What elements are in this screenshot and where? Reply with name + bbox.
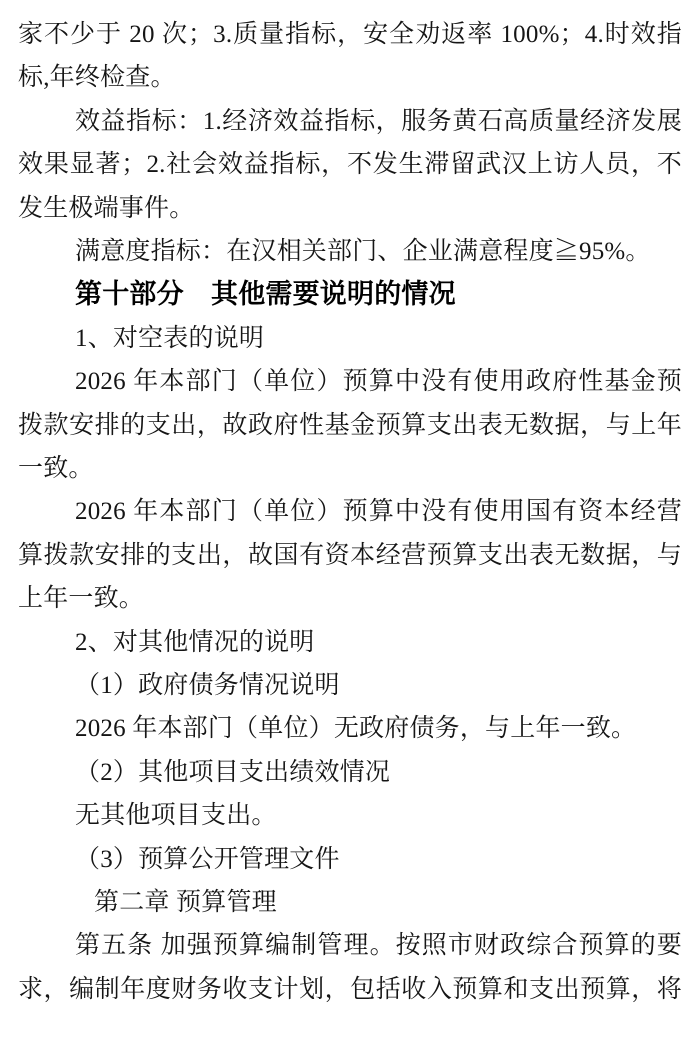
text-line: 满意度指标：在汉相关部门、企业满意程度≧95%。 xyxy=(18,230,682,273)
text-line: 拨款安排的支出，故政府性基金预算支出表无数据，与上年 xyxy=(18,404,682,447)
text-line: 效果显著；2.社会效益指标，不发生滞留武汉上访人员，不 xyxy=(18,143,682,186)
text-line: 效益指标：1.经济效益指标，服务黄石高质量经济发展 xyxy=(18,100,682,143)
text-line: 2026 年本部门（单位）预算中没有使用国有资本经营预 xyxy=(18,490,682,533)
text-line: 2026 年本部门（单位）无政府债务，与上年一致。 xyxy=(18,707,682,750)
document-page: 家不少于 20 次；3.质量指标，安全劝返率 100%；4.时效指标,年终检查。… xyxy=(0,0,700,1042)
text-line: 2、对其他情况的说明 xyxy=(18,621,682,664)
text-line: 第二章 预算管理 xyxy=(18,881,682,924)
text-line: 标,年终检查。 xyxy=(18,56,682,99)
text-line: 求，编制年度财务收支计划，包括收入预算和支出预算，将 xyxy=(18,968,682,1011)
text-line: 上年一致。 xyxy=(18,577,682,620)
text-line: 一致。 xyxy=(18,447,682,490)
text-line: 家不少于 20 次；3.质量指标，安全劝返率 100%；4.时效指 xyxy=(18,13,682,56)
section-heading: 第十部分 其他需要说明的情况 xyxy=(18,273,682,316)
text-line: 发生极端事件。 xyxy=(18,187,682,230)
document-body: 家不少于 20 次；3.质量指标，安全劝返率 100%；4.时效指标,年终检查。… xyxy=(18,13,682,1011)
text-line: （1）政府债务情况说明 xyxy=(18,664,682,707)
text-line: （3）预算公开管理文件 xyxy=(18,838,682,881)
text-line: 2026 年本部门（单位）预算中没有使用政府性基金预算 xyxy=(18,360,682,403)
text-line: 无其他项目支出。 xyxy=(18,794,682,837)
text-line: 第五条 加强预算编制管理。按照市财政综合预算的要 xyxy=(18,924,682,967)
text-line: （2）其他项目支出绩效情况 xyxy=(18,751,682,794)
text-line: 1、对空表的说明 xyxy=(18,317,682,360)
text-line: 算拨款安排的支出，故国有资本经营预算支出表无数据，与 xyxy=(18,534,682,577)
